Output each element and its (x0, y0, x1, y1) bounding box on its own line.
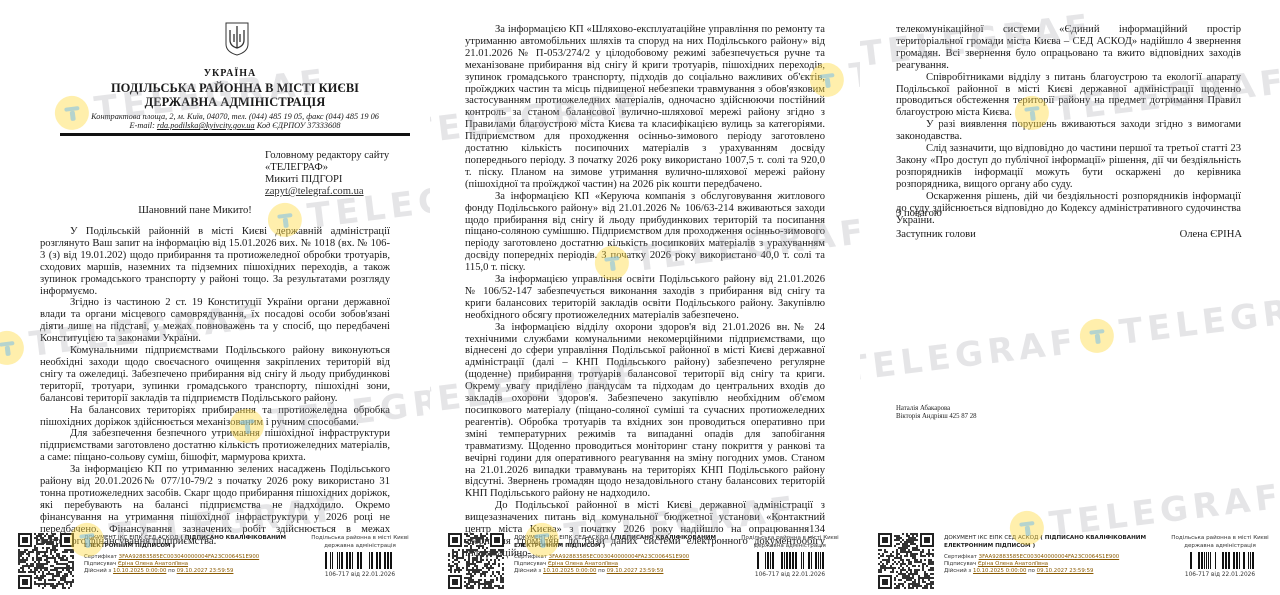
addressee-email-link[interactable]: zapyt@telegraf.com.ua (265, 186, 389, 198)
trident-icon (225, 22, 249, 56)
signature-title: ДОКУМЕНТ ІКС ЕІПК СЕД АСКОД ( ПІДПИСАНО … (944, 535, 1164, 550)
executor-name: Наталія Абакарова (896, 405, 977, 413)
paragraph: Співробітниками відділу з питань благоус… (896, 72, 1241, 120)
e-signature-block: ДОКУМЕНТ ІКС ЕІПК СЕД АСКОД ( ПІДПИСАНО … (0, 528, 430, 590)
signature-title: ДОКУМЕНТ ІКС ЕІПК СЕД АСКОД ( ПІДПИСАНО … (514, 535, 734, 550)
addressee-line: «ТЕЛЕГРАФ» (265, 162, 389, 174)
certificate-details: Сертифікат 3FAA92883585EC003040000004FA2… (514, 554, 689, 575)
email-label: E-mail: (130, 121, 155, 130)
addressee-line: Головному редактору сайту (265, 150, 389, 162)
registration-number: 106-717 від 22.01.2026 (740, 572, 840, 580)
certificate-details: Сертифікат 3FAA92883585EC003040000004FA2… (944, 554, 1119, 575)
registration-stamp: Подільська районна в місті Києві державн… (310, 535, 410, 580)
document-page-3: телекомунікаційної системи «Єдиний інфор… (860, 0, 1280, 595)
registration-number: 106-717 від 22.01.2026 (1170, 572, 1270, 580)
registration-stamp: Подільська районна в місті Києві державн… (1170, 535, 1270, 580)
telegraf-watermark: TELEGRAF (1078, 285, 1280, 358)
letter-body: За інформацією КП «Шляхово-експлуатаційн… (465, 24, 825, 560)
telegraf-logo-icon (0, 329, 26, 367)
edrpou-code: Код ЄДРПОУ 37333608 (257, 121, 341, 130)
letter-body: У Подільській районній в місті Києві дер… (40, 226, 390, 547)
addressee-block: Головному редактору сайту «ТЕЛЕГРАФ» Мик… (265, 150, 389, 198)
signer-role: Заступник голови (896, 229, 976, 240)
organization-name: ПОДІЛЬСЬКА РАЙОННА В МІСТІ КИЄВІ (0, 81, 430, 96)
barcode-icon (755, 552, 825, 569)
paragraph: Слід зазначити, що відповідно до частини… (896, 143, 1241, 191)
registration-number: 106-717 від 22.01.2026 (310, 572, 410, 580)
executor-name: Вікторія Андріяш 425 87 28 (896, 413, 977, 421)
signature-title: ДОКУМЕНТ ІКС ЕІПК СЕД АСКОД ( ПІДПИСАНО … (84, 535, 304, 550)
e-signature-block: ДОКУМЕНТ ІКС ЕІПК СЕД АСКОД ( ПІДПИСАНО … (430, 528, 860, 590)
paragraph: Для забезпечення безпечного утримання пі… (40, 428, 390, 464)
telegraf-logo-icon (1078, 317, 1116, 355)
paragraph: За інформацією КП «Керуюча компанія з об… (465, 191, 825, 274)
paragraph: За інформацією відділу охорони здоров'я … (465, 322, 825, 501)
qr-code-icon (878, 533, 934, 589)
paragraph: На балансових територіях прибирання та п… (40, 405, 390, 429)
paragraph: За інформацією управління освіти Подільс… (465, 274, 825, 322)
barcode-icon (1185, 552, 1255, 569)
registration-stamp: Подільська районна в місті Києві державн… (740, 535, 840, 580)
organization-address: Контрактова площа, 2, м. Київ, 04070, те… (0, 112, 430, 121)
letter-body: телекомунікаційної системи «Єдиний інфор… (896, 24, 1241, 226)
organization-name-2: ДЕРЖАВНА АДМІНІСТРАЦІЯ (0, 95, 430, 110)
paragraph: телекомунікаційної системи «Єдиний інфор… (896, 24, 1241, 72)
document-page-1: УКРАЇНА ПОДІЛЬСЬКА РАЙОННА В МІСТІ КИЄВІ… (0, 0, 430, 595)
executors: Наталія Абакарова Вікторія Андріяш 425 8… (896, 405, 977, 422)
e-signature-block: ДОКУМЕНТ ІКС ЕІПК СЕД АСКОД ( ПІДПИСАНО … (860, 528, 1280, 590)
paragraph: Згідно із частиною 2 ст. 19 Конституції … (40, 297, 390, 345)
header-divider (60, 133, 410, 136)
greeting: Шановний пане Микито! (0, 205, 390, 216)
country-heading: УКРАЇНА (0, 68, 430, 79)
certificate-details: Сертифікат 3FAA92883585EC003040000004FA2… (84, 554, 259, 575)
telegraf-watermark: TELEGRAF (860, 322, 1080, 395)
paragraph: У Подільській районній в місті Києві дер… (40, 226, 390, 297)
paragraph: Комунальними підприємствами Подільського… (40, 345, 390, 405)
organization-email-link[interactable]: rda.podilska@kyivcity.gov.ua (157, 121, 255, 130)
closing-phrase: З повагою (896, 208, 942, 219)
document-page-2: За інформацією КП «Шляхово-експлуатаційн… (430, 0, 860, 595)
paragraph: За інформацією КП «Шляхово-експлуатаційн… (465, 24, 825, 191)
signer-name: Олена ЄРІНА (1180, 229, 1242, 240)
paragraph: У разі виявлення порушень вживаються зах… (896, 119, 1241, 143)
qr-code-icon (18, 533, 74, 589)
qr-code-icon (448, 533, 504, 589)
organization-contacts: E-mail: rda.podilska@kyivcity.gov.ua Код… (0, 121, 430, 130)
addressee-line: Микиті ПІДГОРІ (265, 174, 389, 186)
paragraph: Оскарження рішень, дій чи бездіяльності … (896, 191, 1241, 227)
barcode-icon (325, 552, 395, 569)
